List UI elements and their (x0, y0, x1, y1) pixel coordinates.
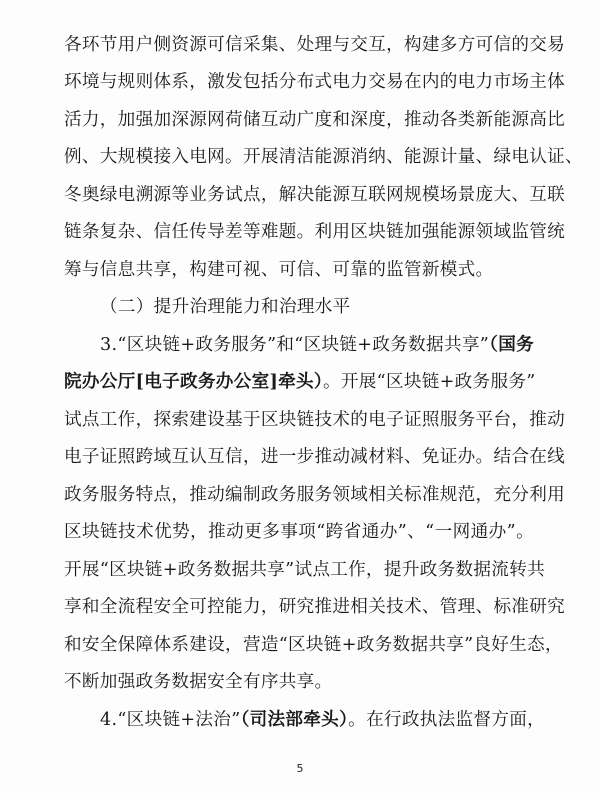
section-heading: （二）提升治理能力和治理水平 (100, 294, 351, 320)
paragraph-line: 电子证照跨域互认互信，进一步推动减材料、免证办。结合在线 (64, 444, 534, 470)
paragraph-line: 例、大规模接入电网。开展清洁能源消纳、能源计量、绿电认证、 (64, 144, 534, 170)
item4-lead-dept: （司法部牵头） (241, 709, 349, 730)
paragraph-line: 区块链技术优势，推动更多事项“跨省通办”、“一网通办”。 (64, 519, 534, 545)
paragraph-line: 环境与规则体系，激发包括分布式电力交易在内的电力市场主体 (64, 69, 534, 95)
item3-title-line: 3.“区块链+政务服务”和“区块链+政务数据共享”（国务 (100, 332, 534, 358)
paragraph-line: 活力，加强加深源网荷储互动广度和深度，推动各类新能源高比 (64, 107, 534, 133)
page-number: 5 (0, 762, 600, 775)
paragraph-line: 冬奥绿电溯源等业务试点，解决能源互联网规模场景庞大、互联 (64, 182, 534, 208)
item4-title: “区块链+法治” (117, 710, 240, 730)
item3-title: “区块链+政务服务”和“区块链+政务数据共享” (117, 335, 489, 355)
paragraph-line: 各环节用户侧资源可信采集、处理与交互，构建多方可信的交易 (64, 32, 534, 58)
item4-title-line: 4.“区块链+法治”（司法部牵头）。在行政执法监督方面， (100, 707, 534, 733)
paragraph-line: 不断加强政务数据安全有序共享。 (64, 669, 534, 695)
paragraph-line: 政务服务特点，推动编制政务服务领域相关标准规范，充分利用 (64, 482, 534, 508)
item3-lead-dept-1: （国务 (489, 334, 534, 355)
paragraph-line: 试点工作，探索建设基于区块链技术的电子证照服务平台，推动 (64, 407, 534, 433)
paragraph-line: 享和全流程安全可控能力，研究推进相关技术、管理、标准研究 (64, 594, 534, 620)
item3-lead-dept-2: 院办公厅[电子政务办公室]牵头） (64, 371, 323, 392)
item3-lead-line: 院办公厅[电子政务办公室]牵头）。开展“区块链+政务服务” (64, 369, 534, 395)
document-page: 各环节用户侧资源可信采集、处理与交互，构建多方可信的交易 环境与规则体系，激发包… (0, 0, 600, 793)
item3-after-lead: 。开展“区块链+政务服务” (323, 372, 536, 392)
item3-number: 3. (100, 335, 117, 355)
paragraph-line: 链条复杂、信任传导差等难题。利用区块链加强能源领域监管统 (64, 219, 534, 245)
item4-number: 4. (100, 710, 117, 730)
paragraph-line: 和安全保障体系建设，营造“区块链+政务数据共享”良好生态， (64, 632, 534, 658)
item4-after-lead: 。在行政执法监督方面， (348, 710, 545, 730)
paragraph-line: 开展“区块链+政务数据共享”试点工作，提升政务数据流转共 (64, 557, 534, 583)
paragraph-line: 筹与信息共享，构建可视、可信、可靠的监管新模式。 (64, 257, 534, 283)
